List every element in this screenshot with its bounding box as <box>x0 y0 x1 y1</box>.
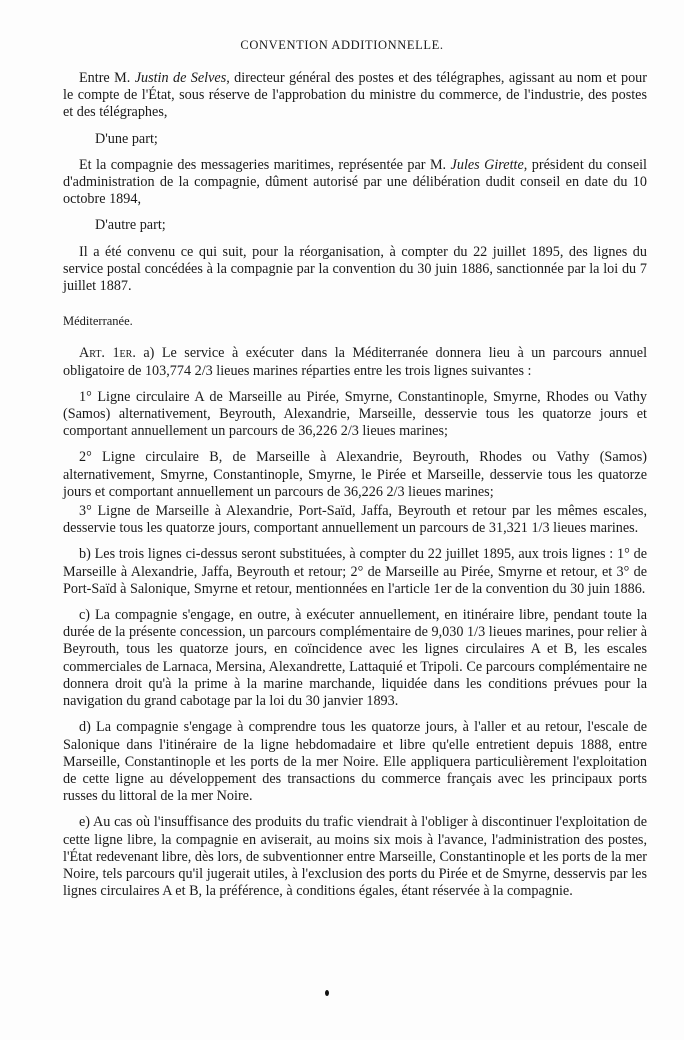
preamble-paragraph-1: Entre M. Justin de Selves, directeur gén… <box>63 70 647 122</box>
article-1-line-3: 3° Ligne de Marseille à Alexandrie, Port… <box>63 503 647 537</box>
article-1-e: e) Au cas où l'insuffisance des produits… <box>63 814 647 900</box>
article-1-a: Art. 1er. a) Le service à exécuter dans … <box>63 345 647 379</box>
ink-speck <box>325 990 329 996</box>
article-1-c: c) La compagnie s'engage, en outre, à ex… <box>63 607 647 710</box>
text-run: Entre M. <box>79 70 135 86</box>
article-1-line-1: 1° Ligne circulaire A de Marseille au Pi… <box>63 389 647 441</box>
party-two-label: D'autre part; <box>63 217 647 234</box>
article-label: Art. 1er. <box>79 345 136 361</box>
text-run: Et la compagnie des messageries maritime… <box>79 157 451 173</box>
document-body: Entre M. Justin de Selves, directeur gén… <box>63 70 647 909</box>
document-title: CONVENTION ADDITIONNELLE. <box>0 38 684 53</box>
section-heading: Méditerranée. <box>63 313 647 330</box>
article-1-line-2: 2° Ligne circulaire B, de Marseille à Al… <box>63 449 647 501</box>
preamble-paragraph-2: Et la compagnie des messageries maritime… <box>63 157 647 209</box>
article-1-d: d) La compagnie s'engage à comprendre to… <box>63 719 647 805</box>
text-run: a) Le service à exécuter dans la Méditer… <box>63 345 647 378</box>
document-page: CONVENTION ADDITIONNELLE. Entre M. Justi… <box>0 0 684 1040</box>
article-1-b: b) Les trois lignes ci-dessus seront sub… <box>63 546 647 598</box>
person-name: Justin de Selves <box>135 70 227 86</box>
party-one-label: D'une part; <box>63 131 647 148</box>
preamble-paragraph-3: Il a été convenu ce qui suit, pour la ré… <box>63 244 647 296</box>
person-name: Jules Girette <box>451 157 524 173</box>
